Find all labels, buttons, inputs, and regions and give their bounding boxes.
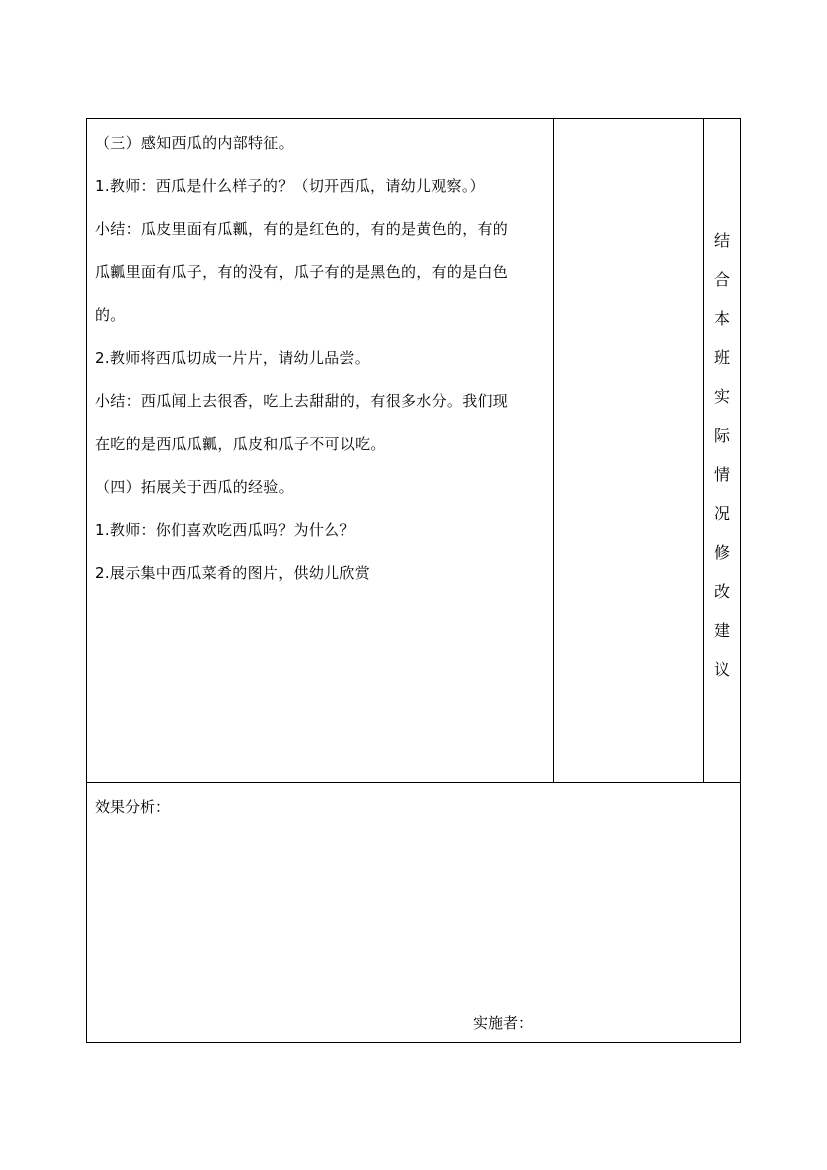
vertical-char: 况 — [704, 504, 740, 524]
vertical-char: 际 — [704, 426, 740, 446]
effect-analysis-row: 效果分析： 实施者： — [87, 783, 740, 1042]
document-page: （三）感知西瓜的内部特征。 1.教师：西瓜是什么样子的？（切开西瓜，请幼儿观察。… — [0, 0, 827, 1170]
text-line: 瓜瓤里面有瓜子，有的没有，瓜子有的是黑色的，有的是白色 — [95, 262, 508, 282]
text-line: 1.教师：你们喜欢吃西瓜吗？为什么？ — [95, 520, 355, 540]
vertical-char: 班 — [704, 348, 740, 368]
text-line: 小结：西瓜闻上去很香，吃上去甜甜的，有很多水分。我们现 — [95, 391, 508, 411]
revision-suggestion-label: 结 合 本 班 实 际 情 况 修 改 建 议 — [704, 119, 740, 782]
activity-row: （三）感知西瓜的内部特征。 1.教师：西瓜是什么样子的？（切开西瓜，请幼儿观察。… — [87, 119, 740, 783]
vertical-char: 议 — [704, 660, 740, 680]
vertical-char: 实 — [704, 387, 740, 407]
text-line: 2.教师将西瓜切成一片片，请幼儿品尝。 — [95, 348, 370, 368]
lesson-plan-table: （三）感知西瓜的内部特征。 1.教师：西瓜是什么样子的？（切开西瓜，请幼儿观察。… — [86, 118, 741, 1043]
revision-notes-cell — [554, 119, 704, 782]
implementer-label: 实施者： — [473, 1013, 533, 1033]
vertical-char: 本 — [704, 309, 740, 329]
vertical-char: 改 — [704, 582, 740, 602]
text-line: 小结：瓜皮里面有瓜瓤，有的是红色的，有的是黄色的，有的 — [95, 219, 508, 239]
vertical-char: 情 — [704, 465, 740, 485]
text-line: 2.展示集中西瓜菜肴的图片，供幼儿欣赏 — [95, 563, 370, 583]
vertical-char: 建 — [704, 621, 740, 641]
text-line: 在吃的是西瓜瓜瓤，瓜皮和瓜子不可以吃。 — [95, 434, 386, 454]
text-line: 的。 — [95, 305, 126, 325]
activity-content-cell: （三）感知西瓜的内部特征。 1.教师：西瓜是什么样子的？（切开西瓜，请幼儿观察。… — [87, 119, 554, 782]
vertical-char: 合 — [704, 270, 740, 290]
section-heading-4: （四）拓展关于西瓜的经验。 — [95, 477, 294, 497]
vertical-char: 结 — [704, 231, 740, 251]
text-line: 1.教师：西瓜是什么样子的？（切开西瓜，请幼儿观察。） — [95, 176, 485, 196]
effect-analysis-label: 效果分析： — [95, 797, 170, 817]
section-heading-3: （三）感知西瓜的内部特征。 — [95, 133, 294, 153]
vertical-char: 修 — [704, 543, 740, 563]
